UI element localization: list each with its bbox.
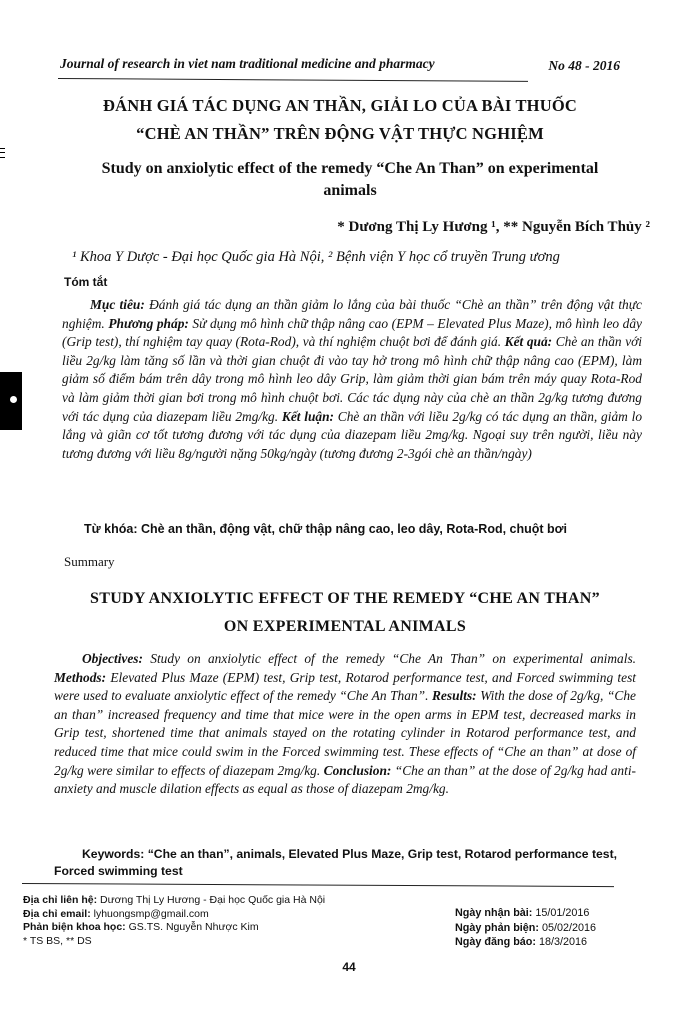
- title-line: “CHÈ AN THẦN” TRÊN ĐỘNG VẬT THỰC NGHIỆM: [60, 120, 620, 148]
- title-line: animals: [70, 180, 630, 202]
- contact-email: Địa chỉ email: lyhuongsmp@gmail.com: [23, 908, 325, 922]
- running-header: Journal of research in viet nam traditio…: [60, 56, 620, 78]
- title-line: Study on anxiolytic effect of the remedy…: [70, 158, 630, 180]
- punch-hole: [10, 396, 17, 403]
- keywords-vietnamese: Từ khóa: Chè an thần, động vật, chữ thập…: [84, 522, 567, 536]
- summary-heading: Summary: [64, 554, 115, 570]
- abstract-heading-vn: Tóm tắt: [64, 275, 107, 289]
- author-list: * Dương Thị Ly Hương ¹, ** Nguyễn Bích T…: [337, 219, 650, 236]
- footer-divider: [22, 883, 614, 887]
- results-label: Kết quả:: [501, 334, 552, 349]
- contact-reviewer: Phản biện khoa học: GS.TS. Nguyễn Nhược …: [23, 921, 325, 935]
- conclusion-label: Conclusion:: [320, 763, 391, 778]
- issue-number: No 48 - 2016: [548, 58, 620, 74]
- abstract-vietnamese: Mục tiêu: Đánh giá tác dụng an thần giảm…: [62, 296, 642, 463]
- scan-edge-mark: [0, 148, 5, 158]
- title-line: ON EXPERIMENTAL ANIMALS: [55, 613, 635, 641]
- date-received: Ngày nhận bài: 15/01/2016: [455, 906, 596, 921]
- methods-label: Methods:: [54, 670, 106, 685]
- article-title-vietnamese: ĐÁNH GIÁ TÁC DỤNG AN THẦN, GIẢI LO CỦA B…: [60, 92, 620, 148]
- page-number: 44: [0, 960, 698, 974]
- article-dates: Ngày nhận bài: 15/01/2016 Ngày phản biện…: [455, 906, 596, 950]
- date-published: Ngày đăng báo: 18/3/2016: [455, 935, 596, 950]
- results-label: Results:: [428, 688, 476, 703]
- objective-label: Mục tiêu:: [90, 297, 145, 312]
- conclusion-label: Kết luận:: [278, 409, 334, 424]
- journal-page: Journal of research in viet nam traditio…: [0, 0, 698, 1021]
- contact-degrees: * TS BS, ** DS: [23, 935, 325, 949]
- contact-address: Địa chỉ liên hệ: Dương Thị Ly Hương - Đạ…: [23, 894, 325, 908]
- title-line: ĐÁNH GIÁ TÁC DỤNG AN THẦN, GIẢI LO CỦA B…: [60, 92, 620, 120]
- title-line: STUDY ANXIOLYTIC EFFECT OF THE REMEDY “C…: [55, 585, 635, 613]
- date-reviewed: Ngày phản biện: 05/02/2016: [455, 921, 596, 936]
- article-title-english: Study on anxiolytic effect of the remedy…: [70, 158, 630, 202]
- objective-text: Study on anxiolytic effect of the remedy…: [143, 651, 636, 666]
- objective-label: Objectives:: [82, 651, 143, 666]
- contact-info: Địa chỉ liên hệ: Dương Thị Ly Hương - Đạ…: [23, 894, 325, 948]
- keywords-english: Keywords: “Che an than”, animals, Elevat…: [54, 846, 634, 880]
- email-address: lyhuongsmp@gmail.com: [91, 908, 209, 920]
- author-affiliations: ¹ Khoa Y Dược - Đại học Quốc gia Hà Nội,…: [72, 249, 652, 266]
- abstract-english: Objectives: Study on anxiolytic effect o…: [54, 650, 636, 799]
- journal-name: Journal of research in viet nam traditio…: [60, 56, 435, 72]
- methods-label: Phương pháp:: [105, 316, 189, 331]
- header-divider: [58, 78, 528, 82]
- scan-binder-mark: [0, 372, 22, 430]
- article-title-english-caps: STUDY ANXIOLYTIC EFFECT OF THE REMEDY “C…: [55, 585, 635, 641]
